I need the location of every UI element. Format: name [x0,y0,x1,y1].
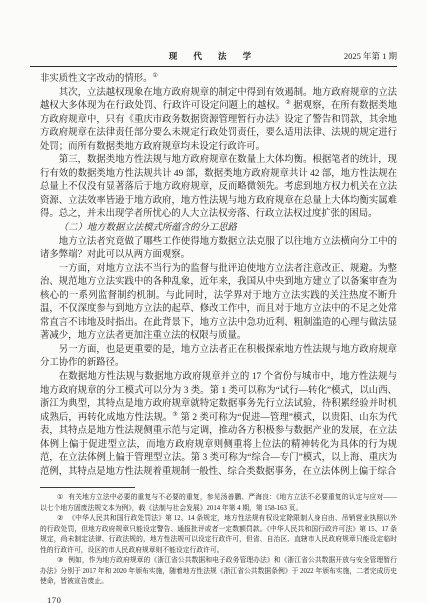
text-run: 地方立法者究竟做了哪些工作使得地方数据立法克服了以往地方立法横向分工中的诸多弊端… [40,237,397,261]
footnote-text: 《中华人民共和国行政处罚法》第 12、14 条规定，地方性法规有权设定除限制人身… [40,515,397,554]
body-paragraph: 第三，数据类地方性法规与地方政府规章在数量上大体均衡。根据笔者的统计，现行有效的… [40,154,397,222]
journal-title: 现 代 法 学 [30,50,397,62]
text-run: （二）地方数据立法模式所蕴含的分工思路 [59,223,237,233]
text-run: 第三，数据类地方性法规与地方政府规章在数量上大体均衡。根据笔者的统计，现行有效的… [40,155,397,219]
footnote-text: 例如，作为地方政府规章的《浙江省公共数据和电子政务管理办法》和《浙江省公共数据开… [40,557,397,585]
footnote-text: 有关地方立法中必要的重复与不必要的重复，参见汤善鹏、严海良：《地方立法不必要重复… [40,494,397,512]
body-paragraph: 地方立法者究竟做了哪些工作使得地方数据立法克服了以往地方立法横向分工中的诸多弊端… [40,236,397,263]
issue-label: 2025 年第 1 期 [344,50,397,62]
text-run: 另一方面，也是更重要的是，地方立法者正在积极探索地方性法规与地方政府规章分工协作… [40,345,397,369]
footnote: ①有关地方立法中必要的重复与不必要的重复，参见汤善鹏、严海良：《地方立法不必要重… [40,493,397,514]
footnotes: ①有关地方立法中必要的重复与不必要的重复，参见汤善鹏、严海良：《地方立法不必要重… [40,493,397,588]
body-paragraph: 在数据地方性法规与数据地方政府规章并立的 17 个省份与城市中，地方性法规与地方… [40,371,397,479]
journal-page: 现 代 法 学 2025 年第 1 期 非实质性文字改动的情形。①其次，立法越权… [0,0,427,603]
body-paragraph: 一方面，对地方立法不当行为的监督与批评迫使地方立法者注意改正、规避。为整治、规范… [40,263,397,344]
footnote-marker: ② [57,515,63,522]
text-run: 一方面，对地方立法不当行为的监督与批评迫使地方立法者注意改正、规避。为整治、规范… [40,264,397,342]
header-rule [30,66,397,67]
text-run: 非实质性文字改动的情形。 [40,74,153,84]
body-paragraph: 另一方面，也是更重要的是，地方立法者正在积极探索地方性法规与地方政府规章分工协作… [40,344,397,371]
body-paragraph: 其次，立法越权现象在地方政府规章的制定中得到有效遏制。地方政府规章的立法越权大多… [40,87,397,155]
footnote: ②《中华人民共和国行政处罚法》第 12、14 条规定，地方性法规有权设定除限制人… [40,514,397,556]
footnote-marker: ③ [57,557,63,564]
footnote: ③例如，作为地方政府规章的《浙江省公共数据和电子政务管理办法》和《浙江省公共数据… [40,556,397,588]
page-number: 170 [47,595,397,603]
body-paragraph-carryover: 非实质性文字改动的情形。① [40,73,397,87]
footnote-separator [40,487,135,488]
running-head: 现 代 法 学 2025 年第 1 期 [30,50,397,63]
section-heading: （二）地方数据立法模式所蕴含的分工思路 [40,222,397,236]
footnote-marker: ① [57,494,63,501]
article-body: 非实质性文字改动的情形。①其次，立法越权现象在地方政府规章的制定中得到有效遏制。… [40,73,397,479]
footnote-ref: ① [153,72,159,79]
